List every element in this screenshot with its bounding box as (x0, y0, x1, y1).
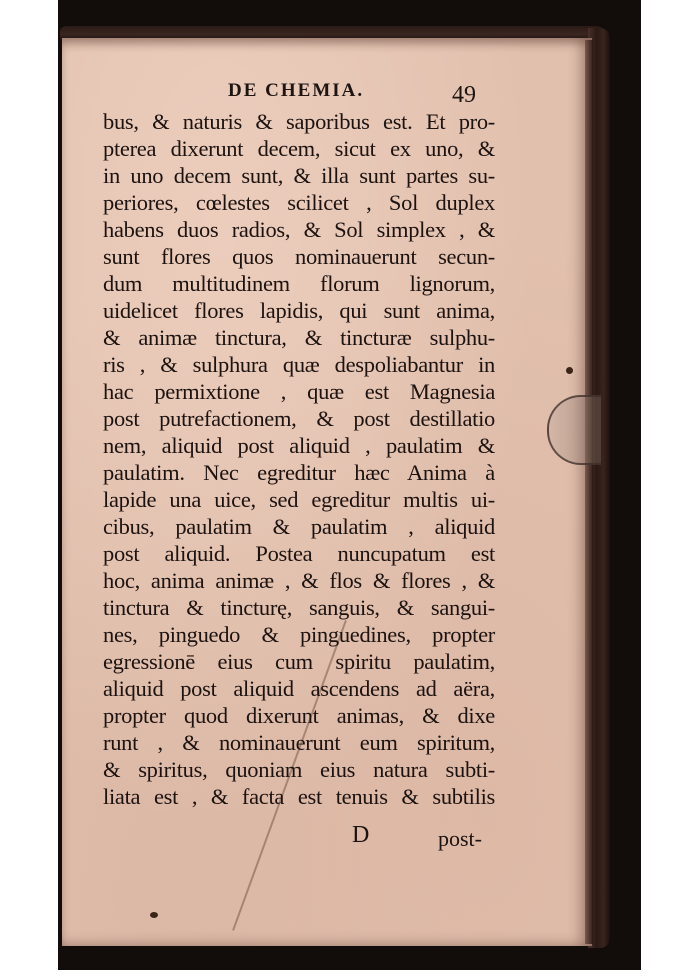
running-head: DE CHEMIA. (228, 80, 364, 102)
ink-spot (566, 367, 573, 374)
text-line: runt , & nominauerunt eum spiritum, (103, 729, 495, 756)
page-gutter-shadow (585, 40, 593, 944)
text-line: liata est , & facta est tenuis & subtili… (103, 783, 495, 810)
text-line: aliquid post aliquid ascendens ad aëra, (103, 675, 495, 702)
text-line: tinctura & tincturę, sanguis, & sangui- (103, 594, 495, 621)
text-line: egressionē eius cum spiritu paulatim, (103, 648, 495, 675)
ink-spot (150, 912, 158, 918)
text-line: uidelicet flores lapidis, qui sunt anima… (103, 297, 495, 324)
text-line: nem, aliquid post aliquid , paulatim & (103, 432, 495, 459)
text-line: post putrefactionem, & post destillatio (103, 405, 495, 432)
catchword: post- (438, 826, 482, 852)
body-text: bus, & naturis & saporibus est. Et pro- … (103, 108, 495, 810)
text-line: propter quod dixerunt animas, & dixe (103, 702, 495, 729)
text-line: cibus, paulatim & paulatim , aliquid (103, 513, 495, 540)
text-line: paulatim. Nec egreditur hæc Anima à (103, 459, 495, 486)
text-line: hac permixtione , quæ est Magnesia (103, 378, 495, 405)
text-line: in uno decem sunt, & illa sunt partes su… (103, 162, 495, 189)
text-line: & animæ tinctura, & tincturæ sulphu- (103, 324, 495, 351)
text-line: & spiritus, quoniam eius natura subti- (103, 756, 495, 783)
text-line: hoc, anima animæ , & flos & flores , & (103, 567, 495, 594)
text-line: nes, pinguedo & pinguedines, propter (103, 621, 495, 648)
text-line: sunt flores quos nominauerunt secun- (103, 243, 495, 270)
text-line: pterea dixerunt decem, sicut ex uno, & (103, 135, 495, 162)
text-line: lapide una uice, sed egreditur multis ui… (103, 486, 495, 513)
text-line: ris , & sulphura quæ despoliabantur in (103, 351, 495, 378)
text-line: habens duos radios, & Sol simplex , & (103, 216, 495, 243)
text-line: bus, & naturis & saporibus est. Et pro- (103, 108, 495, 135)
page-number: 49 (452, 82, 476, 109)
text-line: periores, cœlestes scilicet , Sol duplex (103, 189, 495, 216)
signature-mark: D (352, 822, 369, 849)
text-line: dum multitudinem florum lignorum, (103, 270, 495, 297)
text-line: post aliquid. Postea nuncupatum est (103, 540, 495, 567)
